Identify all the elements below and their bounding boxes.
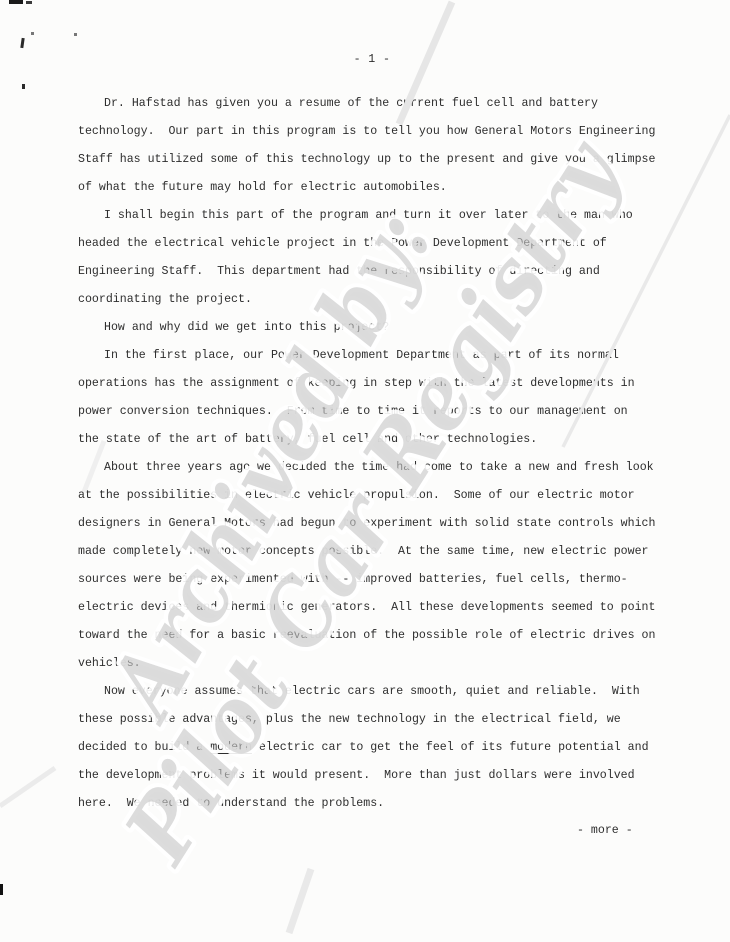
document-page: - 1 - Dr. Hafstad has given you a resume… <box>0 0 730 942</box>
text-line: made completely new motor concepts possi… <box>78 538 670 566</box>
text-line: sources were being experimented with -- … <box>78 566 670 594</box>
paragraph: In the first place, our Power Developmen… <box>78 342 670 454</box>
footer-more: - more - <box>577 817 633 845</box>
watermark-slash <box>0 768 55 806</box>
text-line: In the first place, our Power Developmen… <box>78 342 670 370</box>
scan-speck <box>74 33 77 36</box>
text-line: Staff has utilized some of this technolo… <box>78 146 670 174</box>
text-line: coordinating the project. <box>78 286 670 314</box>
paragraph: How and why did we get into this project… <box>78 314 670 342</box>
text-line: I shall begin this part of the program a… <box>78 202 670 230</box>
paragraph: About three years ago we decided the tim… <box>78 454 670 678</box>
text-line: headed the electrical vehicle project in… <box>78 230 670 258</box>
text-line: How and why did we get into this project… <box>78 314 670 342</box>
paragraph: I shall begin this part of the program a… <box>78 202 670 314</box>
text-line: operations has the assignment of keeping… <box>78 370 670 398</box>
text-line: here. We needed to understand the proble… <box>78 790 670 818</box>
paragraph: Now everyone assumes that electric cars … <box>78 678 670 818</box>
scan-speck <box>22 84 25 89</box>
text-line: designers in General Motors had begun to… <box>78 510 670 538</box>
page-number: - 1 - <box>78 46 666 74</box>
text-line: About three years ago we decided the tim… <box>78 454 670 482</box>
text-line: the development problems it would presen… <box>78 762 670 790</box>
text-line: technology. Our part in this program is … <box>78 118 670 146</box>
text-line: Engineering Staff. This department had t… <box>78 258 670 286</box>
typed-text: Dr. Hafstad has given you a resume of th… <box>78 90 670 818</box>
text-line: the state of the art of battery, fuel ce… <box>78 426 670 454</box>
text-line: of what the future may hold for electric… <box>78 174 670 202</box>
text-line: Now everyone assumes that electric cars … <box>78 678 670 706</box>
scan-speck <box>9 0 23 4</box>
text-line: vehicles. <box>78 650 670 678</box>
text-line: toward the need for a basic reevaluation… <box>78 622 670 650</box>
text-line: at the possibilities in electric vehicle… <box>78 482 670 510</box>
paragraph: Dr. Hafstad has given you a resume of th… <box>78 90 670 202</box>
scan-speck <box>31 32 34 35</box>
text-line: power conversion techniques. From time t… <box>78 398 670 426</box>
text-line: decided to build a modern electric car t… <box>78 734 670 762</box>
text-line: electric devices and thermionic generato… <box>78 594 670 622</box>
text-line: these possible advantages, plus the new … <box>78 706 670 734</box>
scan-speck <box>0 884 3 895</box>
scan-speck <box>20 38 24 48</box>
watermark-slash <box>289 869 311 933</box>
scan-speck <box>26 1 32 4</box>
text-line: Dr. Hafstad has given you a resume of th… <box>78 90 670 118</box>
